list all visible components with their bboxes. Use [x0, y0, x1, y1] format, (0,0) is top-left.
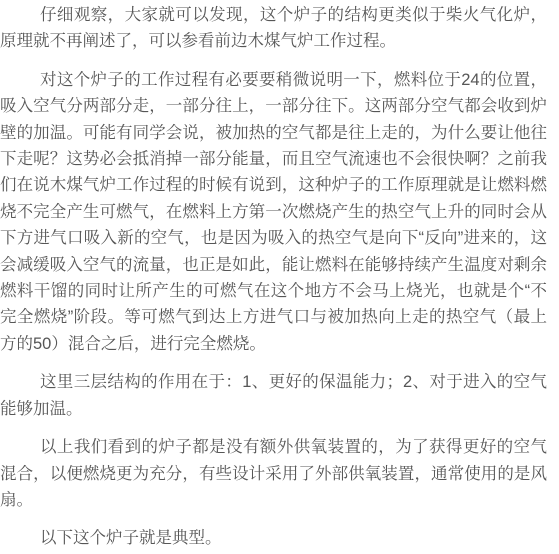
paragraph-intro: 仔细观察，大家就可以发现，这个炉子的结构更类似于柴火气化炉，原理就不再阐述了，可…: [0, 2, 547, 55]
paragraph-working-process: 对这个炉子的工作过程有必要要稍微说明一下，燃料位于24的位置，吸入空气分两部分走…: [0, 67, 547, 357]
paragraph-three-layer-structure: 这里三层结构的作用在于：1、更好的保温能力；2、对于进入的空气能够加温。: [0, 369, 547, 422]
paragraph-typical-example: 以下这个炉子就是典型。: [0, 525, 547, 551]
article-page: 仔细观察，大家就可以发现，这个炉子的结构更类似于柴火气化炉，原理就不再阐述了，可…: [0, 0, 559, 554]
paragraph-external-oxygen: 以上我们看到的炉子都是没有额外供氧装置的，为了获得更好的空气混合，以便燃烧更为充…: [0, 434, 547, 513]
article-body: 仔细观察，大家就可以发现，这个炉子的结构更类似于柴火气化炉，原理就不再阐述了，可…: [0, 2, 547, 552]
